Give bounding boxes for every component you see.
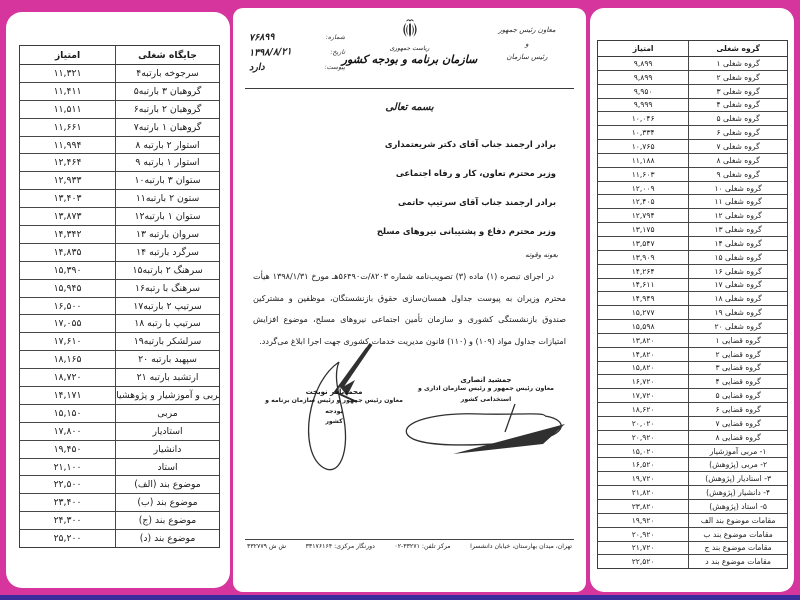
meta-row: پیوست: دارد <box>249 60 345 75</box>
score-cell: ۱۲,۰۰۹ <box>598 182 688 195</box>
score-cell: ۱۵,۳۹۰ <box>20 262 115 279</box>
iran-emblem-icon <box>401 18 419 40</box>
group-cell: گروه قضایی ۳ <box>688 362 787 375</box>
rank-cell: سپهبد بارتبه ۲۰ <box>115 351 219 368</box>
score-cell: ۱۵,۵۹۸ <box>598 320 688 333</box>
signer-title: معاون رئیس جمهور و رئیس سازمان اداری و <box>411 384 561 395</box>
group-table-header: گروه شغلی امتیاز <box>598 41 787 57</box>
rank-cell: سرهنگ با رتبه۱۶ <box>115 280 219 297</box>
group-cell: ۳- استادیار (پژوهش) <box>688 472 787 485</box>
table-row: گروه قضایی ۶ ۱۸,۶۲۰ <box>598 403 787 417</box>
group-cell: گروه قضایی ۴ <box>688 375 787 388</box>
table-row: ۴- دانشیار (پژوهش) ۲۱,۸۲۰ <box>598 486 787 500</box>
letter-footer: تهران، میدان بهارستان، خیابان دانشسرا مر… <box>247 543 572 550</box>
rank-table-header: جایگاه شغلی امتیاز <box>20 46 219 65</box>
score-cell: ۲۰,۹۲۰ <box>598 528 688 541</box>
table-row: گروه شغلی ۸ ۱۱,۱۸۸ <box>598 154 787 168</box>
table-row: گروه شغلی ۱۲ ۱۲,۷۹۴ <box>598 209 787 223</box>
table-row: مربی ۱۵,۱۵۰ <box>20 405 219 423</box>
presidency-label: ریاست جمهوری <box>325 45 495 52</box>
letter-meta: شماره: ۷۶۸۹۹ تاریخ: ۱۳۹۸/۸/۲۱ پیوست: دار… <box>249 30 345 75</box>
score-cell: ۱۳,۱۷۵ <box>598 223 688 236</box>
letterhead-line: معاون رئیس جمهور <box>484 24 570 38</box>
basmala: بسمه تعالی <box>233 102 586 113</box>
addressee-line: وزیر محترم تعاون، کار و رفاه اجتماعی <box>377 159 556 188</box>
score-column-header: امتیاز <box>20 46 115 64</box>
table-row: گروه شغلی ۱۹ ۱۵,۲۷۷ <box>598 306 787 320</box>
rank-cell: گروهبان ۱ بارتبه۷ <box>115 119 219 136</box>
rank-cell: سرهنگ ۲ بارتبه۱۵ <box>115 262 219 279</box>
table-row: سرهنگ ۲ بارتبه۱۵ ۱۵,۳۹۰ <box>20 262 219 280</box>
score-cell: ۱۴,۲۶۴ <box>598 265 688 278</box>
footer-phone: مرکز تلفن: ۳۳۲۷۱-۰۲ <box>394 543 450 550</box>
table-row: گروه قضایی ۵ ۱۷,۷۲۰ <box>598 389 787 403</box>
score-cell: ۱۵,۰۲۰ <box>598 445 688 458</box>
meta-label: پیوست: <box>325 64 346 71</box>
score-cell: ۱۴,۱۷۱ <box>20 387 115 404</box>
table-row: گروهبان ۲ بارتبه۶ ۱۱,۵۱۱ <box>20 101 219 119</box>
score-cell: ۱۱,۶۶۱ <box>20 119 115 136</box>
group-points-table: گروه شغلی امتیاز گروه شغلی ۱ ۹,۸۹۹ گروه … <box>597 40 788 569</box>
table-row: استادیار ۱۷,۸۰۰ <box>20 423 219 441</box>
meta-row: شماره: ۷۶۸۹۹ <box>249 30 345 45</box>
table-row: موضوع بند (د) ۲۵,۲۰۰ <box>20 530 219 547</box>
group-cell: گروه شغلی ۱۷ <box>688 279 787 292</box>
table-row: گروه شغلی ۱۰ ۱۲,۰۰۹ <box>598 182 787 196</box>
rank-table-rows: سرجوخه بارتبه۴ ۱۱,۳۲۱ گروهبان ۳ بارتبه۵ … <box>20 65 219 547</box>
score-cell: ۱۴,۶۱۱ <box>598 279 688 292</box>
score-cell: ۱۸,۱۶۵ <box>20 351 115 368</box>
footer-address: تهران، میدان بهارستان، خیابان دانشسرا <box>470 543 572 550</box>
table-row: گروهبان ۱ بارتبه۷ ۱۱,۶۶۱ <box>20 119 219 137</box>
score-cell: ۱۱,۳۲۱ <box>20 65 115 82</box>
group-cell: گروه شغلی ۲ <box>688 71 787 84</box>
table-row: گروه شغلی ۹ ۱۱,۶۰۳ <box>598 168 787 182</box>
score-cell: ۲۰,۹۲۰ <box>598 431 688 444</box>
group-cell: گروه شغلی ۸ <box>688 154 787 167</box>
score-cell: ۲۱,۷۲۰ <box>598 542 688 555</box>
meta-label: تاریخ: <box>330 49 345 56</box>
group-cell: گروه شغلی ۱۹ <box>688 306 787 319</box>
table-row: استاد ۲۱,۱۰۰ <box>20 459 219 477</box>
group-cell: گروه قضایی ۷ <box>688 417 787 430</box>
score-cell: ۱۳,۸۲۰ <box>598 334 688 347</box>
score-cell: ۲۱,۸۲۰ <box>598 486 688 499</box>
meta-value: دارد <box>249 62 265 74</box>
table-row: سرجوخه بارتبه۴ ۱۱,۳۲۱ <box>20 65 219 83</box>
rank-cell: ستوان ۱ بارتبه۱۲ <box>115 208 219 225</box>
group-cell: گروه قضایی ۸ <box>688 431 787 444</box>
table-row: گروه قضایی ۱ ۱۳,۸۲۰ <box>598 334 787 348</box>
score-cell: ۹,۸۹۹ <box>598 57 688 70</box>
score-cell: ۲۳,۸۲۰ <box>598 500 688 513</box>
score-cell: ۲۳,۴۰۰ <box>20 494 115 511</box>
group-cell: گروه شغلی ۲۰ <box>688 320 787 333</box>
score-cell: ۲۴,۳۰۰ <box>20 512 115 529</box>
group-cell: گروه شغلی ۱ <box>688 57 787 70</box>
group-cell: گروه شغلی ۱۴ <box>688 237 787 250</box>
score-cell: ۱۶,۵۰۰ <box>20 298 115 315</box>
letterhead-center: ریاست جمهوری سازمان برنامه و بودجه کشور <box>325 18 495 66</box>
rank-cell: سرلشکر بارتبه۱۹ <box>115 333 219 350</box>
group-cell: مقامات موضوع بند ب <box>688 528 787 541</box>
score-cell: ۱۲,۹۳۳ <box>20 172 115 189</box>
group-cell: ۲- مربی (پژوهش) <box>688 458 787 471</box>
rank-cell: ارتشبد بارتبه ۲۱ <box>115 369 219 386</box>
table-row: موضوع بند (ب) ۲۳,۴۰۰ <box>20 494 219 512</box>
table-row: گروه شغلی ۱۷ ۱۴,۶۱۱ <box>598 279 787 293</box>
score-cell: ۹,۹۹۹ <box>598 99 688 112</box>
letterhead-line: و <box>484 38 570 52</box>
organization-name: سازمان برنامه و بودجه کشور <box>325 53 495 66</box>
rank-cell: موضوع بند (ج) <box>115 512 219 529</box>
table-row: گروه شغلی ۱ ۹,۸۹۹ <box>598 57 787 71</box>
signer-title: معاون رئیس جمهور و رئیس سازمان برنامه و … <box>259 396 409 417</box>
rank-cell: استوار ۲ بارتبه ۸ <box>115 137 219 154</box>
group-cell: مقامات موضوع بند الف <box>688 514 787 527</box>
rank-cell: سروان بارتبه ۱۳ <box>115 226 219 243</box>
group-cell: گروه قضایی ۱ <box>688 334 787 347</box>
score-cell: ۱۳,۸۷۳ <box>20 208 115 225</box>
table-row: گروه شغلی ۲۰ ۱۵,۵۹۸ <box>598 320 787 334</box>
group-cell: گروه شغلی ۱۲ <box>688 209 787 222</box>
score-cell: ۱۳,۵۴۷ <box>598 237 688 250</box>
group-column-header: گروه شغلی <box>688 41 787 56</box>
table-row: ۲- مربی (پژوهش) ۱۶,۵۲۰ <box>598 458 787 472</box>
letterhead-right-title: معاون رئیس جمهور و رئیس سازمان <box>484 24 570 65</box>
table-row: سرهنگ با رتبه۱۶ ۱۵,۹۴۵ <box>20 280 219 298</box>
group-cell: گروه قضایی ۲ <box>688 348 787 361</box>
footer-code: ش ش ۳۳۲۷۷۹ <box>247 543 286 550</box>
group-cell: گروه شغلی ۱۶ <box>688 265 787 278</box>
score-cell: ۹,۹۵۰ <box>598 85 688 98</box>
signer-name: جمشید انصاری <box>411 376 561 384</box>
addressee-line: برادر ارجمند جناب آقای دکتر شریعتمداری <box>377 130 556 159</box>
table-row: گروه شغلی ۱۸ ۱۴,۹۴۹ <box>598 292 787 306</box>
table-row: گروه شغلی ۱۶ ۱۴,۲۶۴ <box>598 265 787 279</box>
meta-value: ۷۶۸۹۹ <box>249 32 275 44</box>
table-row: مربی و آموزشیار و پژوهشیار ۱۴,۱۷۱ <box>20 387 219 405</box>
table-row: گروه قضایی ۳ ۱۵,۸۲۰ <box>598 362 787 376</box>
group-cell: گروه شغلی ۱۸ <box>688 292 787 305</box>
score-cell: ۱۸,۶۲۰ <box>598 403 688 416</box>
score-cell: ۱۹,۹۲۰ <box>598 514 688 527</box>
group-cell: ۱- مربی آموزشیار <box>688 445 787 458</box>
table-row: ستوان ۳ بارتبه۱۰ ۱۲,۹۳۳ <box>20 172 219 190</box>
table-row: گروه قضایی ۸ ۲۰,۹۲۰ <box>598 431 787 445</box>
score-cell: ۱۵,۱۵۰ <box>20 405 115 422</box>
rank-cell: مربی <box>115 405 219 422</box>
rank-points-table: جایگاه شغلی امتیاز سرجوخه بارتبه۴ ۱۱,۳۲۱… <box>19 45 220 548</box>
group-cell: گروه شغلی ۱۳ <box>688 223 787 236</box>
score-cell: ۱۲,۴۶۴ <box>20 154 115 171</box>
meta-label: شماره: <box>326 34 345 41</box>
table-row: ارتشبد بارتبه ۲۱ ۱۸,۷۲۰ <box>20 369 219 387</box>
rank-cell: گروهبان ۲ بارتبه۶ <box>115 101 219 118</box>
group-cell: مقامات موضوع بند ج <box>688 542 787 555</box>
score-cell: ۱۰,۰۴۶ <box>598 112 688 125</box>
rank-cell: سرتیپ ۲ بارتبه۱۷ <box>115 298 219 315</box>
signature-block-nobakht: محمدباقر نوبخت معاون رئیس جمهور و رئیس س… <box>259 388 409 428</box>
score-cell: ۱۴,۳۴۲ <box>20 226 115 243</box>
table-row: گروه شغلی ۷ ۱۰,۷۶۵ <box>598 140 787 154</box>
score-cell: ۱۸,۷۲۰ <box>20 369 115 386</box>
table-row: سرلشکر بارتبه۱۹ ۱۷,۶۱۰ <box>20 333 219 351</box>
table-row: گروه شغلی ۲ ۹,۸۹۹ <box>598 71 787 85</box>
table-row: سپهبد بارتبه ۲۰ ۱۸,۱۶۵ <box>20 351 219 369</box>
footer-fax: دورنگار مرکزی: ۳۳۱۷۶۱۶۴ <box>306 543 375 550</box>
letter-document: معاون رئیس جمهور و رئیس سازمان ریاست جمه… <box>233 8 586 592</box>
score-cell: ۱۱,۵۱۱ <box>20 101 115 118</box>
score-cell: ۲۲,۵۲۰ <box>598 555 688 568</box>
table-row: دانشیار ۱۹,۴۵۰ <box>20 441 219 459</box>
rank-column-header: جایگاه شغلی <box>115 46 219 64</box>
rank-cell: گروهبان ۳ بارتبه۵ <box>115 83 219 100</box>
score-cell: ۱۶,۵۲۰ <box>598 458 688 471</box>
table-row: ستون ۲ بارتبه۱۱ ۱۳,۴۰۳ <box>20 190 219 208</box>
addressee-block: برادر ارجمند جناب آقای دکتر شریعتمداری و… <box>377 130 556 246</box>
score-column-header: امتیاز <box>598 41 688 56</box>
table-row: ۱- مربی آموزشیار ۱۵,۰۲۰ <box>598 445 787 459</box>
table-row: گروه شغلی ۱۴ ۱۳,۵۴۷ <box>598 237 787 251</box>
rank-cell: موضوع بند (د) <box>115 530 219 547</box>
score-cell: ۱۰,۳۳۴ <box>598 126 688 139</box>
table-row: گروه شغلی ۱۳ ۱۳,۱۷۵ <box>598 223 787 237</box>
group-table-rows: گروه شغلی ۱ ۹,۸۹۹ گروه شغلی ۲ ۹,۸۹۹ گروه… <box>598 57 787 568</box>
group-cell: گروه شغلی ۶ <box>688 126 787 139</box>
group-cell: گروه شغلی ۳ <box>688 85 787 98</box>
table-row: سرگرد بارتبه ۱۴ ۱۴,۸۳۵ <box>20 244 219 262</box>
group-cell: گروه شغلی ۴ <box>688 99 787 112</box>
score-cell: ۱۷,۷۲۰ <box>598 389 688 402</box>
table-row: ۵- استاد (پژوهش) ۲۳,۸۲۰ <box>598 500 787 514</box>
table-row: گروه شغلی ۳ ۹,۹۵۰ <box>598 85 787 99</box>
table-row: مقامات موضوع بند د ۲۲,۵۲۰ <box>598 555 787 568</box>
group-cell: ۵- استاد (پژوهش) <box>688 500 787 513</box>
score-cell: ۱۹,۴۵۰ <box>20 441 115 458</box>
group-cell: ۴- دانشیار (پژوهش) <box>688 486 787 499</box>
score-cell: ۱۱,۴۱۱ <box>20 83 115 100</box>
letterhead-line: رئیس سازمان <box>484 51 570 65</box>
table-row: گروه شغلی ۶ ۱۰,۳۳۴ <box>598 126 787 140</box>
signer-name: محمدباقر نوبخت <box>259 388 409 396</box>
rank-cell: سرجوخه بارتبه۴ <box>115 65 219 82</box>
score-cell: ۱۴,۸۳۵ <box>20 244 115 261</box>
score-cell: ۱۵,۲۷۷ <box>598 306 688 319</box>
group-cell: گروه شغلی ۱۱ <box>688 195 787 208</box>
group-cell: گروه شغلی ۹ <box>688 168 787 181</box>
score-cell: ۲۵,۲۰۰ <box>20 530 115 547</box>
table-row: گروه قضایی ۴ ۱۶,۷۲۰ <box>598 375 787 389</box>
score-cell: ۱۰,۷۶۵ <box>598 140 688 153</box>
score-cell: ۱۷,۸۰۰ <box>20 423 115 440</box>
right-table-panel: گروه شغلی امتیاز گروه شغلی ۱ ۹,۸۹۹ گروه … <box>590 8 794 592</box>
table-row: استوار ۱ بارتبه ۹ ۱۲,۴۶۴ <box>20 154 219 172</box>
score-cell: ۲۰,۰۲۰ <box>598 417 688 430</box>
table-row: گروه شغلی ۵ ۱۰,۰۴۶ <box>598 112 787 126</box>
score-cell: ۱۱,۱۸۸ <box>598 154 688 167</box>
rank-cell: سرتیپ با رتبه ۱۸ <box>115 315 219 332</box>
letterhead-divider <box>245 88 574 89</box>
group-cell: گروه قضایی ۵ <box>688 389 787 402</box>
table-row: موضوع بند (الف) ۲۲,۵۰۰ <box>20 476 219 494</box>
rank-cell: ستون ۲ بارتبه۱۱ <box>115 190 219 207</box>
table-row: سرتیپ ۲ بارتبه۱۷ ۱۶,۵۰۰ <box>20 298 219 316</box>
table-row: گروه قضایی ۷ ۲۰,۰۲۰ <box>598 417 787 431</box>
rank-cell: موضوع بند (الف) <box>115 476 219 493</box>
table-row: ۳- استادیار (پژوهش) ۱۹,۷۲۰ <box>598 472 787 486</box>
footer-divider <box>245 539 574 540</box>
signer-title: کشور <box>259 417 409 428</box>
score-cell: ۲۲,۵۰۰ <box>20 476 115 493</box>
score-cell: ۱۲,۷۹۴ <box>598 209 688 222</box>
addressee-line: وزیر محترم دفاع و پشتیبانی نیروهای مسلح <box>377 217 556 246</box>
score-cell: ۱۳,۹۰۹ <box>598 251 688 264</box>
group-cell: مقامات موضوع بند د <box>688 555 787 568</box>
rank-cell: استاد <box>115 459 219 476</box>
signature-block-ansari: جمشید انصاری معاون رئیس جمهور و رئیس ساز… <box>411 376 561 405</box>
table-row: استوار ۲ بارتبه ۸ ۱۱,۹۹۴ <box>20 137 219 155</box>
score-cell: ۱۳,۴۰۳ <box>20 190 115 207</box>
rank-cell: سرگرد بارتبه ۱۴ <box>115 244 219 261</box>
score-cell: ۱۱,۶۰۳ <box>598 168 688 181</box>
table-row: گروه قضایی ۲ ۱۴,۸۲۰ <box>598 348 787 362</box>
score-cell: ۲۱,۱۰۰ <box>20 459 115 476</box>
table-row: مقامات موضوع بند الف ۱۹,۹۲۰ <box>598 514 787 528</box>
group-cell: گروه قضایی ۶ <box>688 403 787 416</box>
table-row: گروهبان ۳ بارتبه۵ ۱۱,۴۱۱ <box>20 83 219 101</box>
rank-cell: مربی و آموزشیار و پژوهشیار <box>115 387 219 404</box>
score-cell: ۹,۸۹۹ <box>598 71 688 84</box>
score-cell: ۱۶,۷۲۰ <box>598 375 688 388</box>
table-row: گروه شغلی ۱۱ ۱۲,۴۰۵ <box>598 195 787 209</box>
salutation: بعونه وقوته <box>525 251 558 259</box>
group-cell: گروه شغلی ۷ <box>688 140 787 153</box>
rank-cell: دانشیار <box>115 441 219 458</box>
table-row: موضوع بند (ج) ۲۴,۳۰۰ <box>20 512 219 530</box>
table-row: گروه شغلی ۴ ۹,۹۹۹ <box>598 99 787 113</box>
group-cell: گروه شغلی ۵ <box>688 112 787 125</box>
score-cell: ۱۵,۹۴۵ <box>20 280 115 297</box>
score-cell: ۱۴,۸۲۰ <box>598 348 688 361</box>
table-row: گروه شغلی ۱۵ ۱۳,۹۰۹ <box>598 251 787 265</box>
score-cell: ۱۷,۶۱۰ <box>20 333 115 350</box>
table-row: سروان بارتبه ۱۳ ۱۴,۳۴۲ <box>20 226 219 244</box>
group-cell: گروه شغلی ۱۰ <box>688 182 787 195</box>
table-row: مقامات موضوع بند ج ۲۱,۷۲۰ <box>598 542 787 556</box>
table-row: مقامات موضوع بند ب ۲۰,۹۲۰ <box>598 528 787 542</box>
score-cell: ۱۲,۴۰۵ <box>598 195 688 208</box>
left-table-panel: جایگاه شغلی امتیاز سرجوخه بارتبه۴ ۱۱,۳۲۱… <box>6 12 230 588</box>
rank-cell: استادیار <box>115 423 219 440</box>
bottom-edge-strip <box>0 595 800 600</box>
rank-cell: ستوان ۳ بارتبه۱۰ <box>115 172 219 189</box>
score-cell: ۱۱,۹۹۴ <box>20 137 115 154</box>
score-cell: ۱۹,۷۲۰ <box>598 472 688 485</box>
meta-value: ۱۳۹۸/۸/۲۱ <box>249 46 292 58</box>
addressee-line: برادر ارجمند جناب آقای سرتیپ حاتمی <box>377 188 556 217</box>
meta-row: تاریخ: ۱۳۹۸/۸/۲۱ <box>249 45 345 60</box>
table-row: ستوان ۱ بارتبه۱۲ ۱۳,۸۷۳ <box>20 208 219 226</box>
score-cell: ۱۷,۰۵۵ <box>20 315 115 332</box>
rank-cell: استوار ۱ بارتبه ۹ <box>115 154 219 171</box>
signer-title: استخدامی کشور <box>411 395 561 406</box>
score-cell: ۱۵,۸۲۰ <box>598 362 688 375</box>
table-row: سرتیپ با رتبه ۱۸ ۱۷,۰۵۵ <box>20 315 219 333</box>
score-cell: ۱۴,۹۴۹ <box>598 292 688 305</box>
rank-cell: موضوع بند (ب) <box>115 494 219 511</box>
group-cell: گروه شغلی ۱۵ <box>688 251 787 264</box>
